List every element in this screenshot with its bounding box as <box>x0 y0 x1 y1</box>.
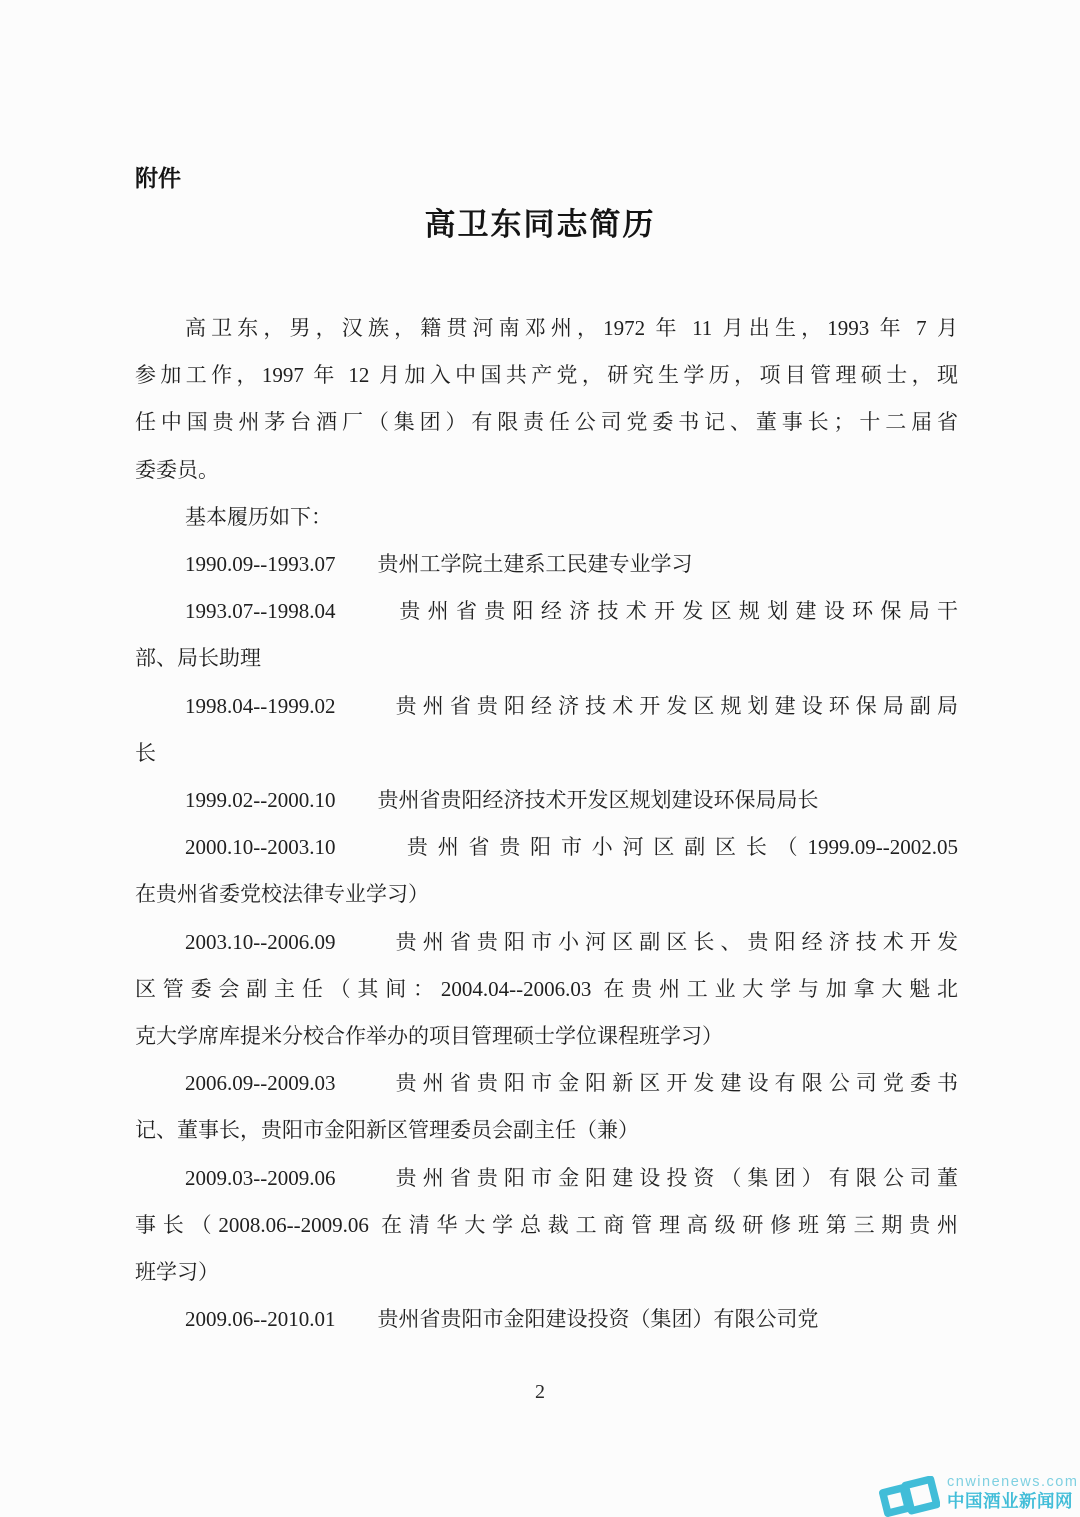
watermark: cnwinenews.com 中国酒业新闻网 <box>878 1474 1078 1517</box>
paragraph: 2009.03--2009.06 贵州省贵阳市金阳建设投资（集团）有限公司董事长… <box>135 1155 958 1297</box>
text-line: 事长（2008.06--2009.06 在清华大学总裁工商管理高级研修班第三期贵… <box>135 1202 958 1249</box>
text-line: 部、局长助理 <box>135 635 958 682</box>
paragraph: 1999.02--2000.10 贵州省贵阳经济技术开发区规划建设环保局局长 <box>135 777 958 824</box>
watermark-url: cnwinenews.com <box>947 1474 1078 1491</box>
text-line: 在贵州省委党校法律专业学习） <box>135 871 958 918</box>
text-line: 1998.04--1999.02 贵州省贵阳经济技术开发区规划建设环保局副局 <box>135 683 958 730</box>
paragraph: 2000.10--2003.10 贵州省贵阳市小河区副区长（1999.09--2… <box>135 824 958 918</box>
cnwinenews-logo-icon <box>878 1476 940 1517</box>
paragraph: 1998.04--1999.02 贵州省贵阳经济技术开发区规划建设环保局副局长 <box>135 683 958 777</box>
paragraph: 1993.07--1998.04 贵州省贵阳经济技术开发区规划建设环保局干部、局… <box>135 588 958 682</box>
text-line: 参加工作，1997 年 12 月加入中国共产党，研究生学历，项目管理硕士，现 <box>135 352 958 399</box>
text-line: 2006.09--2009.03 贵州省贵阳市金阳新区开发建设有限公司党委书 <box>135 1060 958 1107</box>
watermark-text: cnwinenews.com 中国酒业新闻网 <box>947 1474 1078 1512</box>
attachment-label: 附件 <box>135 160 181 193</box>
watermark-site-name: 中国酒业新闻网 <box>947 1491 1078 1512</box>
paragraph: 2006.09--2009.03 贵州省贵阳市金阳新区开发建设有限公司党委书记、… <box>135 1060 958 1154</box>
text-line: 克大学席库提米分校合作举办的项目管理硕士学位课程班学习） <box>135 1013 958 1060</box>
text-line: 班学习） <box>135 1249 958 1296</box>
text-line: 任中国贵州茅台酒厂（集团）有限责任公司党委书记、董事长；十二届省 <box>135 399 958 446</box>
text-line: 2009.06--2010.01 贵州省贵阳市金阳建设投资（集团）有限公司党 <box>135 1296 958 1343</box>
text-line: 记、董事长，贵阳市金阳新区管理委员会副主任（兼） <box>135 1107 958 1154</box>
text-line: 委委员。 <box>135 447 958 494</box>
text-line: 1993.07--1998.04 贵州省贵阳经济技术开发区规划建设环保局干 <box>135 588 958 635</box>
page-number: 2 <box>0 1381 1080 1404</box>
body-text: 高卫东，男，汉族，籍贯河南邓州，1972 年 11 月出生，1993 年 7 月… <box>135 305 958 1343</box>
paragraph: 基本履历如下： <box>135 494 958 541</box>
document-page: 附件 高卫东同志简历 高卫东，男，汉族，籍贯河南邓州，1972 年 11 月出生… <box>0 0 1080 1517</box>
text-line: 高卫东，男，汉族，籍贯河南邓州，1972 年 11 月出生，1993 年 7 月 <box>135 305 958 352</box>
text-line: 基本履历如下： <box>135 494 958 541</box>
text-line: 区管委会副主任（其间：2004.04--2006.03 在贵州工业大学与加拿大魁… <box>135 966 958 1013</box>
text-line: 2009.03--2009.06 贵州省贵阳市金阳建设投资（集团）有限公司董 <box>135 1155 958 1202</box>
paragraph: 2003.10--2006.09 贵州省贵阳市小河区副区长、贵阳经济技术开发区管… <box>135 919 958 1061</box>
text-line: 2003.10--2006.09 贵州省贵阳市小河区副区长、贵阳经济技术开发 <box>135 919 958 966</box>
text-line: 长 <box>135 730 958 777</box>
page-title: 高卫东同志简历 <box>0 199 1080 244</box>
text-line: 1999.02--2000.10 贵州省贵阳经济技术开发区规划建设环保局局长 <box>135 777 958 824</box>
text-line: 2000.10--2003.10 贵州省贵阳市小河区副区长（1999.09--2… <box>135 824 958 871</box>
paragraph: 2009.06--2010.01 贵州省贵阳市金阳建设投资（集团）有限公司党 <box>135 1296 958 1343</box>
text-line: 1990.09--1993.07 贵州工学院土建系工民建专业学习 <box>135 541 958 588</box>
paragraph: 1990.09--1993.07 贵州工学院土建系工民建专业学习 <box>135 541 958 588</box>
paragraph: 高卫东，男，汉族，籍贯河南邓州，1972 年 11 月出生，1993 年 7 月… <box>135 305 958 494</box>
